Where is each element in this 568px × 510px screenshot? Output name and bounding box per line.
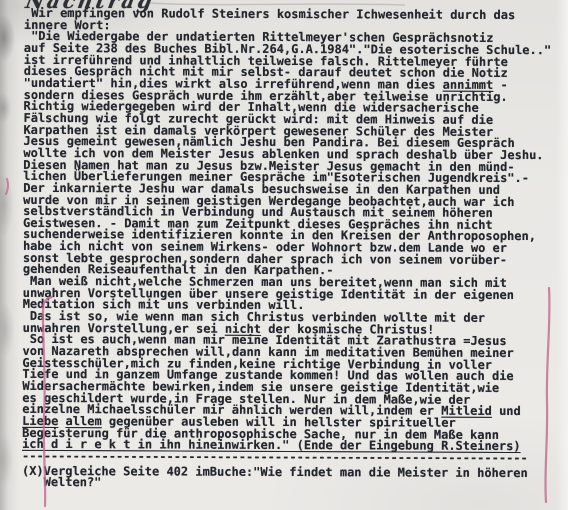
scanned-document-page: Nachtrag Wir empfingen von Rudolf Steine… [0,0,568,510]
typewriter-text: Wir empfingen von Rudolf Steiners kosmis… [22,8,551,491]
scan-edge-light-right [556,0,568,510]
scan-edge-shadow-left [0,0,22,510]
text-line: ----------------------------------------… [22,451,549,465]
top-squiggle-line [150,3,405,5]
